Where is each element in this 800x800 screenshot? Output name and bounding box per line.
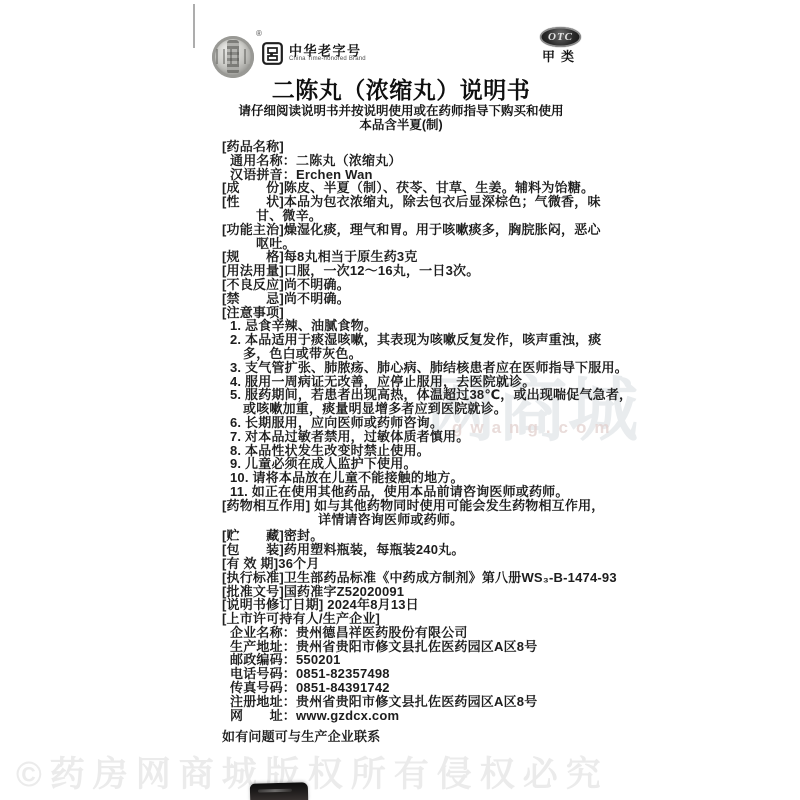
- text-line: [批准文号]国药准字Z52020091: [222, 585, 624, 599]
- watermark-bottom-copyright: ©药房网商城版权所有侵权必究: [16, 747, 609, 797]
- text-line: 9. 儿童必须在成人监护下使用。: [222, 457, 624, 471]
- text-line: 注册地址：贵州省贵阳市修文县扎佐医药园区A区8号: [222, 695, 624, 709]
- text-line: 详情请咨询医师或药师。: [222, 513, 624, 527]
- text-line: 通用名称：二陈丸（浓缩丸）: [222, 154, 624, 168]
- text-line: [禁 忌]尚不明确。: [222, 292, 624, 306]
- text-line: 企业名称：贵州德昌祥医药股份有限公司: [222, 626, 624, 640]
- text-line: 2. 本品适用于痰湿咳嗽，其表现为咳嗽反复发作，咳声重浊，痰: [222, 333, 624, 347]
- text-line: 邮政编码：550201: [222, 653, 624, 667]
- text-line: 电话号码：0851-82357498: [222, 667, 624, 681]
- text-line: 甘、微辛。: [222, 209, 624, 223]
- otc-badge-icon: OTC: [540, 27, 581, 47]
- text-line: [贮 藏]密封。: [222, 529, 624, 543]
- text-line: 4. 服用一周病证无改善，应停止服用，去医院就诊。: [222, 375, 624, 389]
- text-line: 多，色白或带灰色。: [222, 347, 624, 361]
- text-line: 8. 本品性状发生改变时禁止使用。: [222, 444, 624, 458]
- text-line: [性 状]本品为包衣浓缩丸，除去包衣后显深棕色；气微香，味: [222, 195, 624, 209]
- otc-class-label: 甲类: [542, 46, 580, 65]
- time-honored-brand-logo-icon: [262, 42, 283, 65]
- text-line: [有 效 期]36个月: [222, 557, 624, 571]
- text-line: 生产地址：贵州省贵阳市修文县扎佐医药园区A区8号: [222, 640, 624, 654]
- text-line: 11. 如正在使用其他药品，使用本品前请咨询医师或药师。: [222, 485, 624, 499]
- insert-subtitle-line2: 本品含半夏(制): [188, 115, 614, 133]
- text-line: 1. 忌食辛辣、油腻食物。: [222, 319, 624, 333]
- text-line: [功能主治]燥湿化痰，理气和胃。用于咳嗽痰多，胸脘胀闷，恶心: [222, 223, 624, 237]
- bottle-cap: [250, 782, 308, 800]
- text-line: 传真号码：0851-84391742: [222, 681, 624, 695]
- text-line: 网 址：www.gzdcx.com: [222, 709, 624, 723]
- text-line: 10. 请将本品放在儿童不能接触的地方。: [222, 471, 624, 485]
- text-line: [说明书修订日期] 2024年8月13日: [222, 598, 624, 612]
- text-line: 6. 长期服用，应向医师或药师咨询。: [222, 416, 624, 430]
- text-line: 呕吐。: [222, 237, 624, 251]
- text-line: 汉语拼音：Erchen Wan: [222, 168, 624, 182]
- text-line: 3. 支气管扩张、肺脓疡、肺心病、肺结核患者应在医师指导下服用。: [222, 361, 624, 375]
- text-line: 5. 服药期间，若患者出现高热，体温超过38℃，或出现喘促气急者，: [222, 388, 624, 402]
- brand-name-en: China Time-honored Brand: [289, 56, 366, 62]
- text-line: [上市许可持有人/生产企业]: [222, 612, 624, 626]
- text-line: [药品名称]: [222, 140, 624, 154]
- text-line: [规 格]每8丸相当于原生药3克: [222, 250, 624, 264]
- text-line: [成 份]陈皮、半夏（制）、茯苓、甘草、生姜。辅料为饴糖。: [222, 181, 624, 195]
- text-line: [注意事项]: [222, 306, 624, 320]
- insert-body: [药品名称]通用名称：二陈丸（浓缩丸）汉语拼音：Erchen Wan[成 份]陈…: [222, 140, 624, 744]
- text-line: 7. 对本品过敏者禁用，过敏体质者慎用。: [222, 430, 624, 444]
- paper-fold-line: [193, 4, 195, 48]
- registered-trademark-icon: ®: [256, 29, 262, 38]
- text-line: [不良反应]尚不明确。: [222, 278, 624, 292]
- text-line: 或咳嗽加重，痰量明显增多者应到医院就诊。: [222, 402, 624, 416]
- text-line: 如有问题可与生产企业联系: [222, 730, 624, 744]
- text-line: [包 装]药用塑料瓶装，每瓶装240丸。: [222, 543, 624, 557]
- text-line: [药物相互作用] 如与其他药物同时使用可能会发生药物相互作用，: [222, 499, 624, 513]
- text-line: [用法用量]口服，一次12～16丸，一日3次。: [222, 264, 624, 278]
- text-line: [执行标准]卫生部药品标准《中药成方制剂》第八册WS₃-B-1474-93: [222, 571, 624, 585]
